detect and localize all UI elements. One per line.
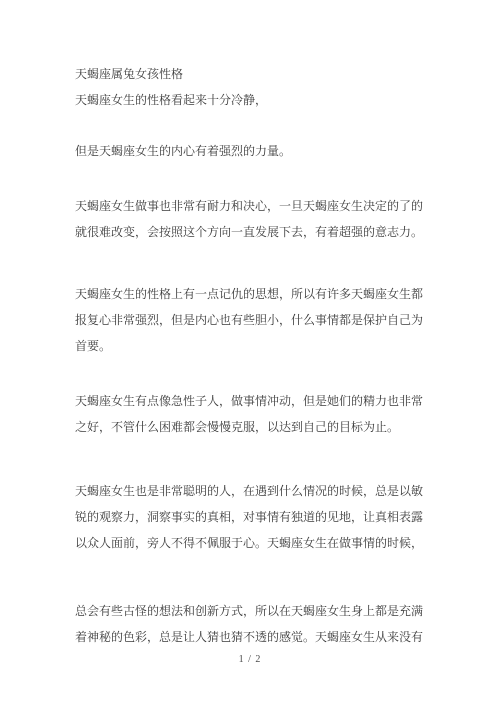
paragraph: 天蝎座女生也是非常聪明的人，在遇到什么情况的时候，总是以敏 锐的观察力，洞察事实… (75, 478, 425, 556)
paragraph: 天蝎座女生的性格看起来十分冷静， (75, 87, 425, 113)
page-number: 1 / 2 (0, 653, 500, 667)
text-line: 天蝎座女生有点像急性子人，做事情冲动，但是她们的精力也非常 (75, 388, 425, 414)
text-line: 首要。 (75, 333, 425, 359)
paragraph: 天蝎座女生的性格上有一点记仇的思想，所以有许多天蝎座女生都 报复心非常强烈，但是… (75, 281, 425, 359)
text-line: 锐的观察力，洞察事实的真相，对事情有独道的见地，让真相表露 (75, 504, 425, 530)
text-line: 报复心非常强烈，但是内心也有些胆小，什么事情都是保护自己为 (75, 307, 425, 333)
text-line: 就很难改变，会按照这个方向一直发展下去，有着超强的意志力。 (75, 219, 425, 245)
document-page: 天蝎座属兔女孩性格 天蝎座女生的性格看起来十分冷静， 但是天蝎座女生的内心有着强… (0, 0, 500, 707)
paragraph: 天蝎座女生做事也非常有耐力和决心，一旦天蝎座女生决定的了的 就很难改变，会按照这… (75, 193, 425, 245)
text-line: 以众人面前，旁人不得不佩服于心。天蝎座女生在做事情的时候， (75, 530, 425, 556)
text-line: 着神秘的色彩，总是让人猜也猜不透的感觉。天蝎座女生从来没有 (75, 624, 425, 650)
document-content: 天蝎座属兔女孩性格 天蝎座女生的性格看起来十分冷静， 但是天蝎座女生的内心有着强… (0, 0, 425, 650)
text-line: 总会有些古怪的想法和创新方式，所以在天蝎座女生身上都是充满 (75, 598, 425, 624)
document-title: 天蝎座属兔女孩性格 (75, 61, 425, 87)
text-line: 天蝎座女生做事也非常有耐力和决心，一旦天蝎座女生决定的了的 (75, 193, 425, 219)
text-line: 天蝎座女生也是非常聪明的人，在遇到什么情况的时候，总是以敏 (75, 478, 425, 504)
paragraph: 天蝎座女生有点像急性子人，做事情冲动，但是她们的精力也非常 之好，不管什么困难都… (75, 388, 425, 440)
text-line: 但是天蝎座女生的内心有着强烈的力量。 (75, 138, 425, 164)
paragraph: 总会有些古怪的想法和创新方式，所以在天蝎座女生身上都是充满 着神秘的色彩，总是让… (75, 598, 425, 650)
text-line: 天蝎座女生的性格看起来十分冷静， (75, 87, 425, 113)
text-line: 天蝎座女生的性格上有一点记仇的思想，所以有许多天蝎座女生都 (75, 281, 425, 307)
paragraph: 但是天蝎座女生的内心有着强烈的力量。 (75, 138, 425, 164)
text-line: 之好，不管什么困难都会慢慢克服，以达到自己的目标为止。 (75, 414, 425, 440)
